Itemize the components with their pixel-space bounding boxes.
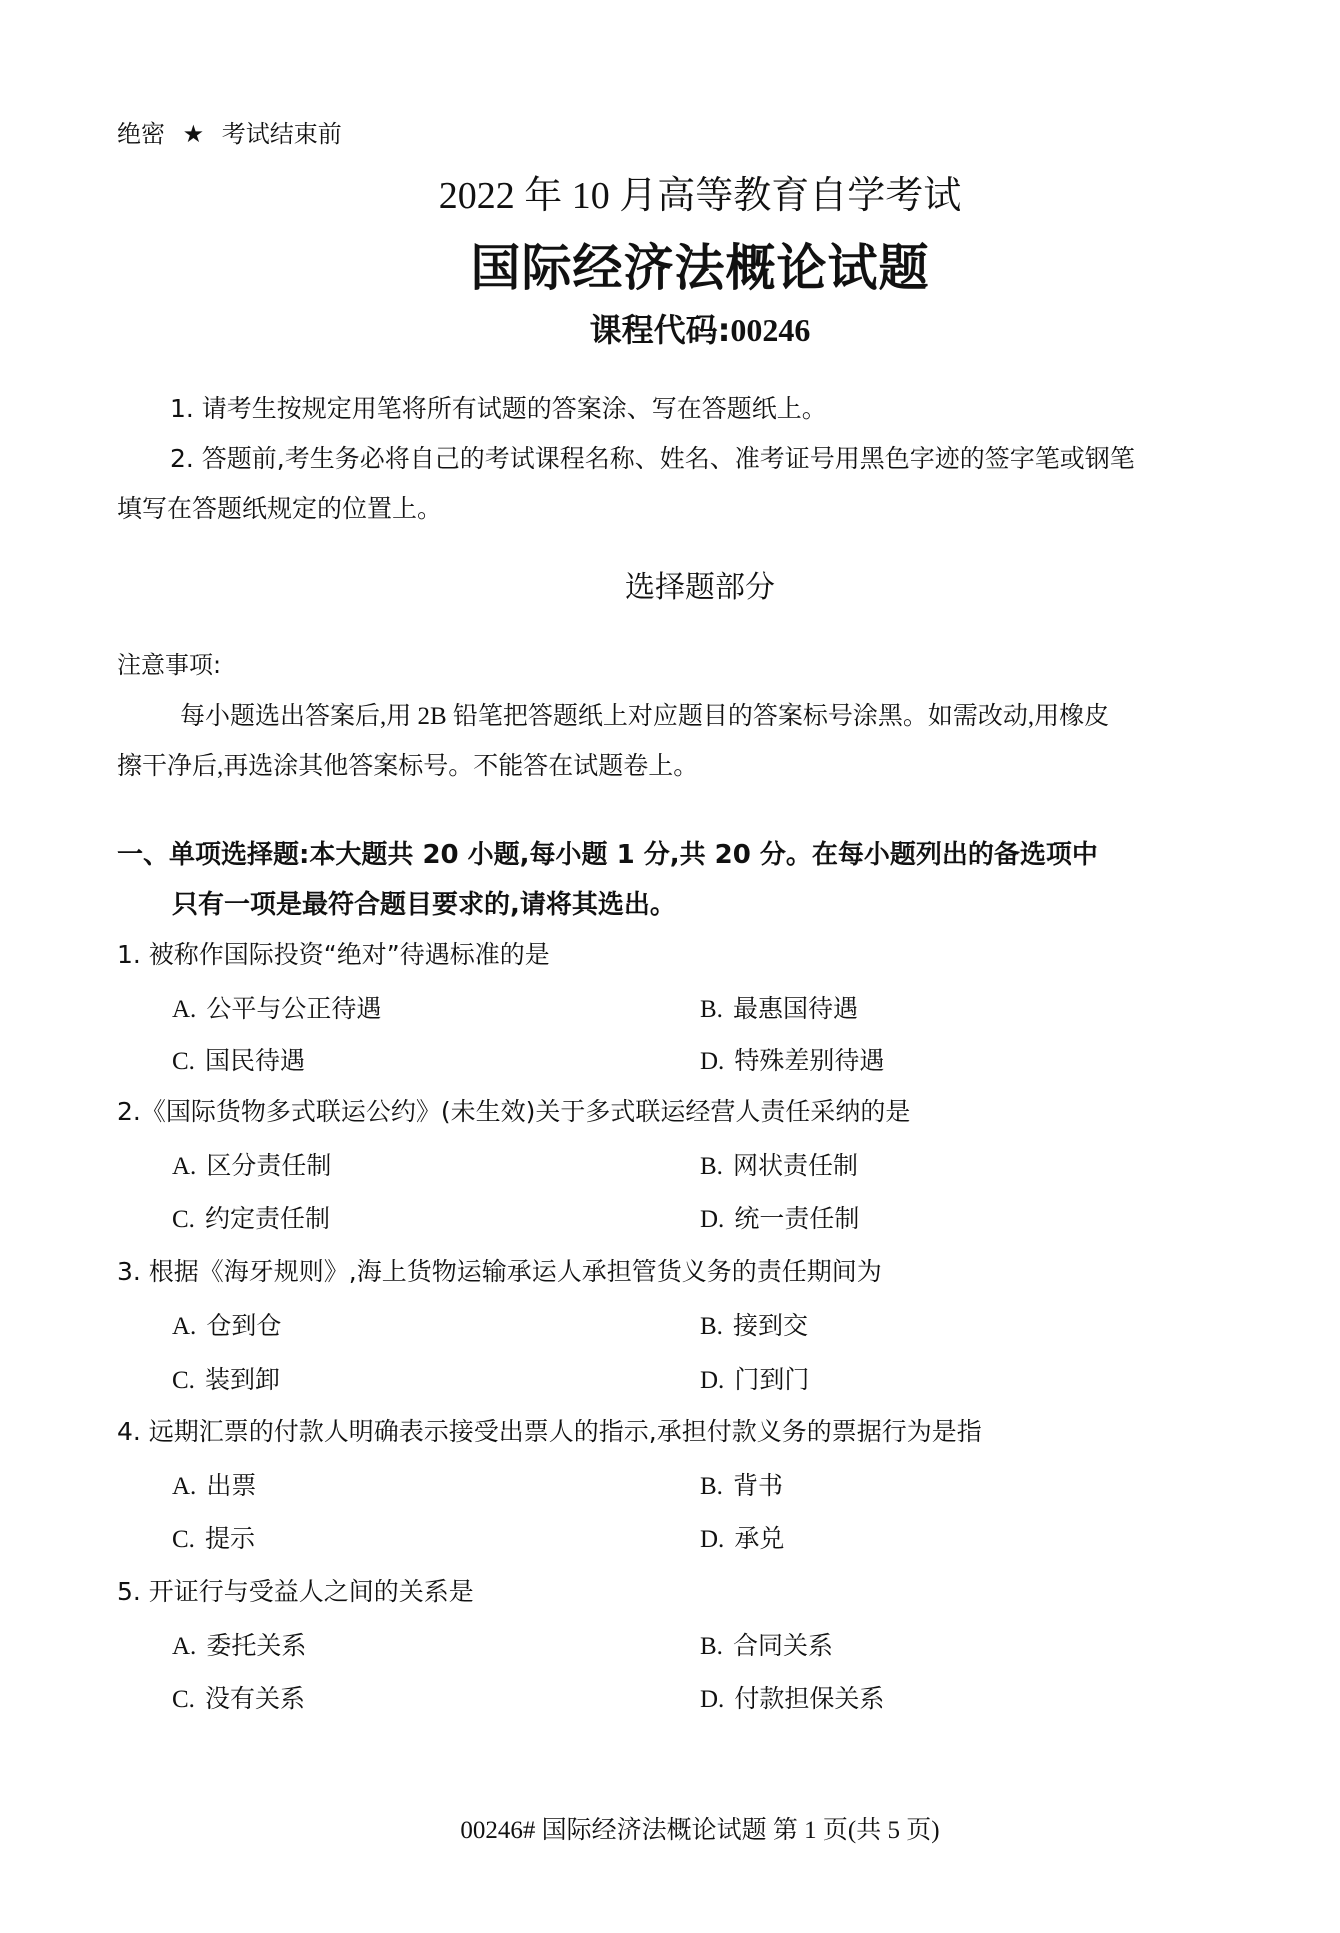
question-2-option-b: B.网状责任制	[700, 1146, 858, 1182]
course-code: 课程代码:00246	[0, 305, 1340, 351]
option-text: 委托关系	[206, 1631, 306, 1660]
option-text: 仓到仓	[206, 1311, 281, 1340]
option-letter: A.	[172, 1153, 196, 1180]
option-text: 最惠国待遇	[733, 994, 858, 1023]
option-letter: D.	[700, 1686, 724, 1713]
option-letter: C.	[172, 1367, 195, 1394]
exam-paper-title: 国际经济法概论试题	[0, 228, 1340, 300]
option-letter: D.	[700, 1206, 724, 1233]
option-text: 装到卸	[205, 1365, 280, 1394]
option-letter: D.	[700, 1367, 724, 1394]
exam-session-title: 2022 年 10 月高等教育自学考试	[0, 164, 1340, 219]
attention-text-line-2: 擦干净后,再选涂其他答案标号。不能答在试题卷上。	[117, 746, 698, 782]
option-text: 付款担保关系	[734, 1684, 884, 1713]
attention-label: 注意事项:	[117, 645, 221, 680]
question-3-option-c: C.装到卸	[172, 1360, 280, 1396]
option-text: 特殊差别待遇	[734, 1046, 884, 1075]
until-exam-end-label: 考试结束前	[222, 120, 342, 148]
star-icon: ★	[183, 120, 205, 148]
option-text: 承兑	[734, 1524, 784, 1553]
part-heading-line-1: 一、单项选择题:本大题共 20 小题,每小题 1 分,共 20 分。在每小题列出…	[117, 834, 1098, 871]
option-text: 国民待遇	[205, 1046, 305, 1075]
option-letter: B.	[700, 1633, 723, 1660]
question-5-option-d: D.付款担保关系	[700, 1679, 884, 1715]
option-letter: B.	[700, 1473, 723, 1500]
question-2-option-d: D.统一责任制	[700, 1199, 859, 1235]
option-text: 公平与公正待遇	[206, 994, 381, 1023]
option-letter: A.	[172, 996, 196, 1023]
question-2-option-a: A.区分责任制	[172, 1146, 331, 1182]
attention-text-line-1: 每小题选出答案后,用 2B 铅笔把答题纸上对应题目的答案标号涂黑。如需改动,用橡…	[180, 696, 1109, 732]
page-footer: 00246# 国际经济法概论试题 第 1 页(共 5 页)	[0, 1810, 1340, 1846]
option-text: 提示	[205, 1524, 255, 1553]
option-letter: B.	[700, 1313, 723, 1340]
question-1-stem: 1. 被称作国际投资“绝对”待遇标准的是	[117, 935, 550, 971]
question-3-option-a: A.仓到仓	[172, 1306, 281, 1342]
question-4-option-b: B.背书	[700, 1466, 783, 1502]
question-3-option-b: B.接到交	[700, 1306, 808, 1342]
option-letter: A.	[172, 1313, 196, 1340]
option-text: 没有关系	[205, 1684, 305, 1713]
option-text: 约定责任制	[205, 1204, 330, 1233]
question-3-stem: 3. 根据《海牙规则》,海上货物运输承运人承担管货义务的责任期间为	[117, 1252, 882, 1288]
question-5-option-b: B.合同关系	[700, 1626, 833, 1662]
option-letter: C.	[172, 1526, 195, 1553]
part-heading-line-2: 只有一项是最符合题目要求的,请将其选出。	[172, 884, 676, 921]
question-2-stem: 2.《国际货物多式联运公约》(未生效)关于多式联运经营人责任采纳的是	[117, 1092, 910, 1128]
option-letter: A.	[172, 1473, 196, 1500]
question-3-option-d: D.门到门	[700, 1360, 809, 1396]
question-5-option-a: A.委托关系	[172, 1626, 306, 1662]
question-4-option-d: D.承兑	[700, 1519, 784, 1555]
question-5-stem: 5. 开证行与受益人之间的关系是	[117, 1572, 474, 1608]
option-letter: D.	[700, 1526, 724, 1553]
question-2-option-c: C.约定责任制	[172, 1199, 330, 1235]
option-letter: D.	[700, 1048, 724, 1075]
option-letter: C.	[172, 1686, 195, 1713]
question-1-option-c: C.国民待遇	[172, 1041, 305, 1077]
option-text: 门到门	[734, 1365, 809, 1394]
question-1-option-a: A.公平与公正待遇	[172, 989, 381, 1025]
instruction-2-continued: 填写在答题纸规定的位置上。	[117, 489, 442, 525]
course-code-label: 课程代码:	[590, 311, 731, 349]
question-4-option-c: C.提示	[172, 1519, 255, 1555]
confidential-label: 绝密	[117, 120, 165, 148]
question-4-option-a: A.出票	[172, 1466, 256, 1502]
question-1-option-b: B.最惠国待遇	[700, 989, 858, 1025]
option-text: 统一责任制	[734, 1204, 859, 1233]
option-text: 区分责任制	[206, 1151, 331, 1180]
question-4-stem: 4. 远期汇票的付款人明确表示接受出票人的指示,承担付款义务的票据行为是指	[117, 1412, 982, 1448]
option-letter: C.	[172, 1206, 195, 1233]
option-letter: A.	[172, 1633, 196, 1660]
confidentiality-notice: 绝密 ★ 考试结束前	[117, 114, 342, 149]
option-text: 出票	[206, 1471, 256, 1500]
option-text: 背书	[733, 1471, 783, 1500]
instruction-1: 1. 请考生按规定用笔将所有试题的答案涂、写在答题纸上。	[170, 389, 827, 425]
option-text: 合同关系	[733, 1631, 833, 1660]
question-5-option-c: C.没有关系	[172, 1679, 305, 1715]
course-code-value: 00246	[730, 312, 810, 348]
option-text: 网状责任制	[733, 1151, 858, 1180]
section-title: 选择题部分	[0, 562, 1340, 606]
option-letter: B.	[700, 996, 723, 1023]
question-1-option-d: D.特殊差别待遇	[700, 1041, 884, 1077]
option-text: 接到交	[733, 1311, 808, 1340]
instruction-2: 2. 答题前,考生务必将自己的考试课程名称、姓名、准考证号用黑色字迹的签字笔或钢…	[170, 439, 1135, 475]
option-letter: B.	[700, 1153, 723, 1180]
option-letter: C.	[172, 1048, 195, 1075]
